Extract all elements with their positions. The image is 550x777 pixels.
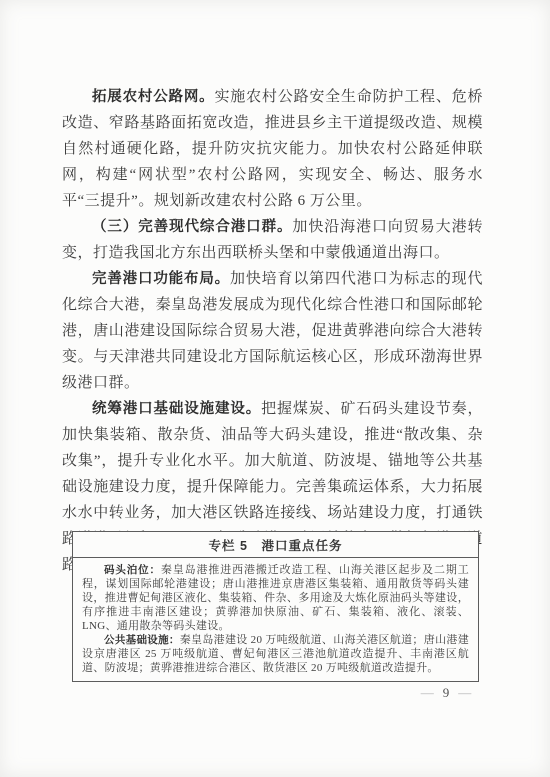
paragraph-text: 加快培育以第四代港口为标志的现代化综合大港，秦皇岛港发展成为现代化综合性港口和国… xyxy=(62,271,483,391)
column-box-title: 专栏 5 港口重点任务 xyxy=(73,532,478,558)
document-page: 拓展农村公路网。实施农村公路安全生命防护工程、危桥改造、窄路基路面拓宽改造，推进… xyxy=(0,0,550,777)
panel-paragraph-lead: 公共基础设施： xyxy=(104,634,180,646)
paragraph-lead: 统筹港口基础设施建设。 xyxy=(92,401,261,417)
paragraph-text: 实施农村公路安全生命防护工程、危桥改造、窄路基路面拓宽改造，推进县乡主干道提级改… xyxy=(62,89,483,209)
panel-paragraph: 码头泊位：秦皇岛港推进西港搬迁改造工程、山海关港区起步及二期工程，谋划国际邮轮港… xyxy=(82,563,469,633)
document-body: 拓展农村公路网。实施农村公路安全生命防护工程、危桥改造、窄路基路面拓宽改造，推进… xyxy=(62,84,483,578)
body-paragraph: 完善港口功能布局。加快培育以第四代港口为标志的现代化综合大港，秦皇岛港发展成为现… xyxy=(62,266,483,396)
paragraph-lead: （三）完善现代综合港口群。 xyxy=(92,219,292,235)
panel-paragraph: 公共基础设施：秦皇岛港建设 20 万吨级航道、山海关港区航道；唐山港建设京唐港区… xyxy=(82,633,469,675)
column-box-port-key-tasks: 专栏 5 港口重点任务 码头泊位：秦皇岛港推进西港搬迁改造工程、山海关港区起步及… xyxy=(72,531,479,682)
page-number-dash-right: — xyxy=(458,685,471,701)
panel-paragraph-lead: 码头泊位： xyxy=(104,564,161,576)
column-box-body: 码头泊位：秦皇岛港推进西港搬迁改造工程、山海关港区起步及二期工程，谋划国际邮轮港… xyxy=(73,558,478,681)
paragraph-lead: 拓展农村公路网。 xyxy=(92,89,215,105)
page-number-value: 9 xyxy=(443,685,450,701)
paragraph-lead: 完善港口功能布局。 xyxy=(92,271,230,287)
page-number: — 9 — xyxy=(398,685,494,701)
body-paragraph: （三）完善现代综合港口群。加快沿海港口向贸易大港转变，打造我国北方东出西联桥头堡… xyxy=(62,214,483,266)
body-paragraph: 拓展农村公路网。实施农村公路安全生命防护工程、危桥改造、窄路基路面拓宽改造，推进… xyxy=(62,84,483,214)
page-number-dash-left: — xyxy=(421,685,434,701)
